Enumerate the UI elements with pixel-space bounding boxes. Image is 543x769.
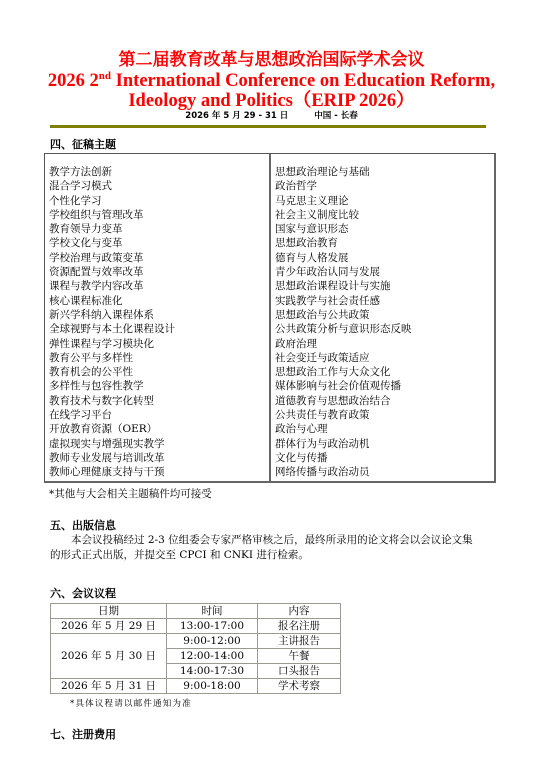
- publication-paragraph-line1: 本会议投稿经过 2-3 位组委会专家严格审核之后，最终所录用的论文将会以会议论文…: [50, 533, 495, 548]
- topic-item: 道德教育与思想政治结合: [275, 394, 494, 408]
- agenda-row: 2026 年 5 月 30 日 9:00-12:00 主讲报告: [51, 634, 341, 649]
- topic-item: 教育领导力变革: [49, 222, 269, 236]
- topic-item: 教师专业发展与培训改革: [49, 451, 269, 465]
- agenda-time: 13:00-17:00: [167, 619, 258, 634]
- topic-item: 在线学习平台: [49, 408, 269, 422]
- topics-column-education: 教学方法创新 混合学习模式 个性化学习 学校组织与管理改革 教育领导力变革 学校…: [45, 154, 271, 481]
- topic-item: 马克思主义理论: [275, 194, 494, 208]
- topic-item: 混合学习模式: [49, 179, 269, 193]
- topic-item: 媒体影响与社会价值观传播: [275, 379, 494, 393]
- section-heading-topics: 四、征稿主题: [50, 138, 116, 152]
- title-en-ordinal: nd: [99, 70, 111, 82]
- title-en-line1-rest: International Conference on Education Re…: [111, 71, 495, 91]
- topics-table: 教学方法创新 混合学习模式 个性化学习 学校组织与管理改革 教育领导力变革 学校…: [44, 153, 496, 483]
- topic-item: 公共政策分析与意识形态反映: [275, 322, 494, 336]
- topic-item: 政治与心理: [275, 422, 494, 436]
- agenda-row: 2026 年 5 月 31 日 9:00-18:00 学术考察: [51, 679, 341, 694]
- topic-item: 教学方法创新: [49, 165, 269, 179]
- agenda-time: 9:00-12:00: [167, 634, 258, 649]
- agenda-content: 主讲报告: [258, 634, 341, 649]
- agenda-date: 2026 年 5 月 30 日: [51, 634, 167, 679]
- conference-location: 中国 - 长春: [314, 111, 357, 121]
- topic-item: 学校文化与变革: [49, 236, 269, 250]
- topic-item: 弹性课程与学习模块化: [49, 337, 269, 351]
- agenda-content: 口头报告: [258, 664, 341, 679]
- topic-item: 多样性与包容性教学: [49, 379, 269, 393]
- topic-item: 群体行为与政治动机: [275, 437, 494, 451]
- header-divider: [50, 125, 486, 128]
- conference-title-cn: 第二届教育改革与思想政治国际学术会议: [0, 50, 543, 70]
- section-heading-agenda: 六、会议议程: [50, 587, 116, 601]
- topic-item: 实践教学与社会责任感: [275, 294, 494, 308]
- topic-item: 公共责任与教育政策: [275, 408, 494, 422]
- agenda-time: 14:00-17:30: [167, 664, 258, 679]
- topic-item: 文化与传播: [275, 451, 494, 465]
- topic-item: 网络传播与政治动员: [275, 465, 494, 479]
- topic-item: 思想政治教育: [275, 236, 494, 250]
- agenda-header-row: 日期 时间 内容: [51, 604, 341, 619]
- agenda-time: 12:00-14:00: [167, 649, 258, 664]
- conference-title-en-line1: 2026 2nd International Conference on Edu…: [0, 71, 543, 91]
- title-en-prefix: 2026 2: [48, 71, 99, 91]
- agenda-col-date: 日期: [51, 604, 167, 619]
- conference-title-en-line2: Ideology and Politics（ERIP 2026）: [0, 91, 543, 111]
- topic-item: 教育技术与数字化转型: [49, 394, 269, 408]
- topic-item: 学校组织与管理改革: [49, 208, 269, 222]
- agenda-content: 午餐: [258, 649, 341, 664]
- agenda-content: 报名注册: [258, 619, 341, 634]
- topic-item: 课程与教学内容改革: [49, 279, 269, 293]
- agenda-date: 2026 年 5 月 29 日: [51, 619, 167, 634]
- topic-item: 思想政治与公共政策: [275, 308, 494, 322]
- topic-item: 个性化学习: [49, 194, 269, 208]
- topic-item: 政府治理: [275, 337, 494, 351]
- topic-item: 开放教育资源（OER）: [49, 422, 269, 436]
- topic-item: 思想政治理论与基础: [275, 165, 494, 179]
- agenda-time: 9:00-18:00: [167, 679, 258, 694]
- topic-item: 全球视野与本土化课程设计: [49, 322, 269, 336]
- topic-item: 资源配置与效率改革: [49, 265, 269, 279]
- section-heading-publication: 五、出版信息: [50, 519, 116, 533]
- date-location-line: 2026 年 5 月 29 - 31 日中国 - 长春: [0, 110, 543, 122]
- topic-item: 思想政治课程设计与实施: [275, 279, 494, 293]
- topic-item: 教育公平与多样性: [49, 351, 269, 365]
- topic-item: 新兴学科纳入课程体系: [49, 308, 269, 322]
- agenda-col-content: 内容: [258, 604, 341, 619]
- topic-item: 学校治理与政策变革: [49, 251, 269, 265]
- agenda-table: 日期 时间 内容 2026 年 5 月 29 日 13:00-17:00 报名注…: [50, 603, 341, 694]
- topic-item: 核心课程标准化: [49, 294, 269, 308]
- topic-item: 思想政治工作与大众文化: [275, 365, 494, 379]
- topic-item: 国家与意识形态: [275, 222, 494, 236]
- topic-item: 虚拟现实与增强现实教学: [49, 437, 269, 451]
- agenda-row: 2026 年 5 月 29 日 13:00-17:00 报名注册: [51, 619, 341, 634]
- conference-date: 2026 年 5 月 29 - 31 日: [185, 111, 288, 121]
- topic-item: 教师心理健康支持与干预: [49, 465, 269, 479]
- topic-item: 政治哲学: [275, 179, 494, 193]
- publication-paragraph: 本会议投稿经过 2-3 位组委会专家严格审核之后，最终所录用的论文将会以会议论文…: [50, 533, 495, 563]
- topic-item: 社会变迁与政策适应: [275, 351, 494, 365]
- agenda-date: 2026 年 5 月 31 日: [51, 679, 167, 694]
- agenda-content: 学术考察: [258, 679, 341, 694]
- agenda-col-time: 时间: [167, 604, 258, 619]
- publication-text-1: 本会议投稿经过 2-3 位组委会专家严格审核之后，最终所录用的论文将会以会议论文…: [71, 534, 473, 546]
- publication-paragraph-line2: 的形式正式出版，并提交至 CPCI 和 CNKI 进行检索。: [50, 548, 495, 563]
- agenda-note: *具体议程请以邮件通知为准: [70, 698, 192, 710]
- topic-item: 德育与人格发展: [275, 251, 494, 265]
- topic-item: 社会主义制度比较: [275, 208, 494, 222]
- topic-item: 青少年政治认同与发展: [275, 265, 494, 279]
- topics-column-ideology: 思想政治理论与基础 政治哲学 马克思主义理论 社会主义制度比较 国家与意识形态 …: [271, 154, 494, 481]
- section-heading-registration-fee: 七、注册费用: [50, 728, 116, 742]
- conference-title-en: 2026 2nd International Conference on Edu…: [0, 71, 543, 111]
- topic-item: 教育机会的公平性: [49, 365, 269, 379]
- topics-note: *其他与大会相关主题稿件均可接受: [49, 487, 212, 501]
